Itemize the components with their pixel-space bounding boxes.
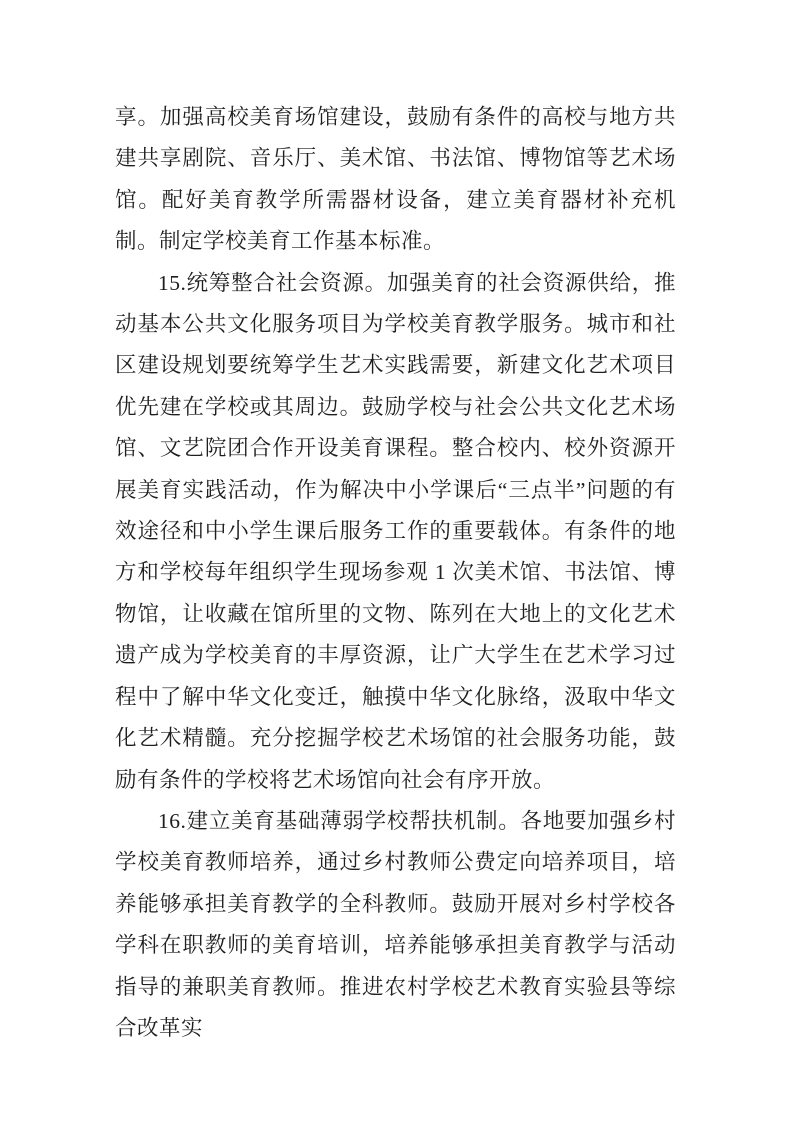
paragraph-3: 16.建立美育基础薄弱学校帮扶机制。各地要加强乡村学校美育教师培养，通过乡村教师… [115, 801, 676, 1049]
paragraph-1: 享。加强高校美育场馆建设，鼓励有条件的高校与地方共建共享剧院、音乐厅、美术馆、书… [115, 97, 676, 263]
document-body: 享。加强高校美育场馆建设，鼓励有条件的高校与地方共建共享剧院、音乐厅、美术馆、书… [115, 97, 676, 1049]
paragraph-2: 15.统筹整合社会资源。加强美育的社会资源供给，推动基本公共文化服务项目为学校美… [115, 263, 676, 801]
document-page: 享。加强高校美育场馆建设，鼓励有条件的高校与地方共建共享剧院、音乐厅、美术馆、书… [0, 0, 793, 1122]
